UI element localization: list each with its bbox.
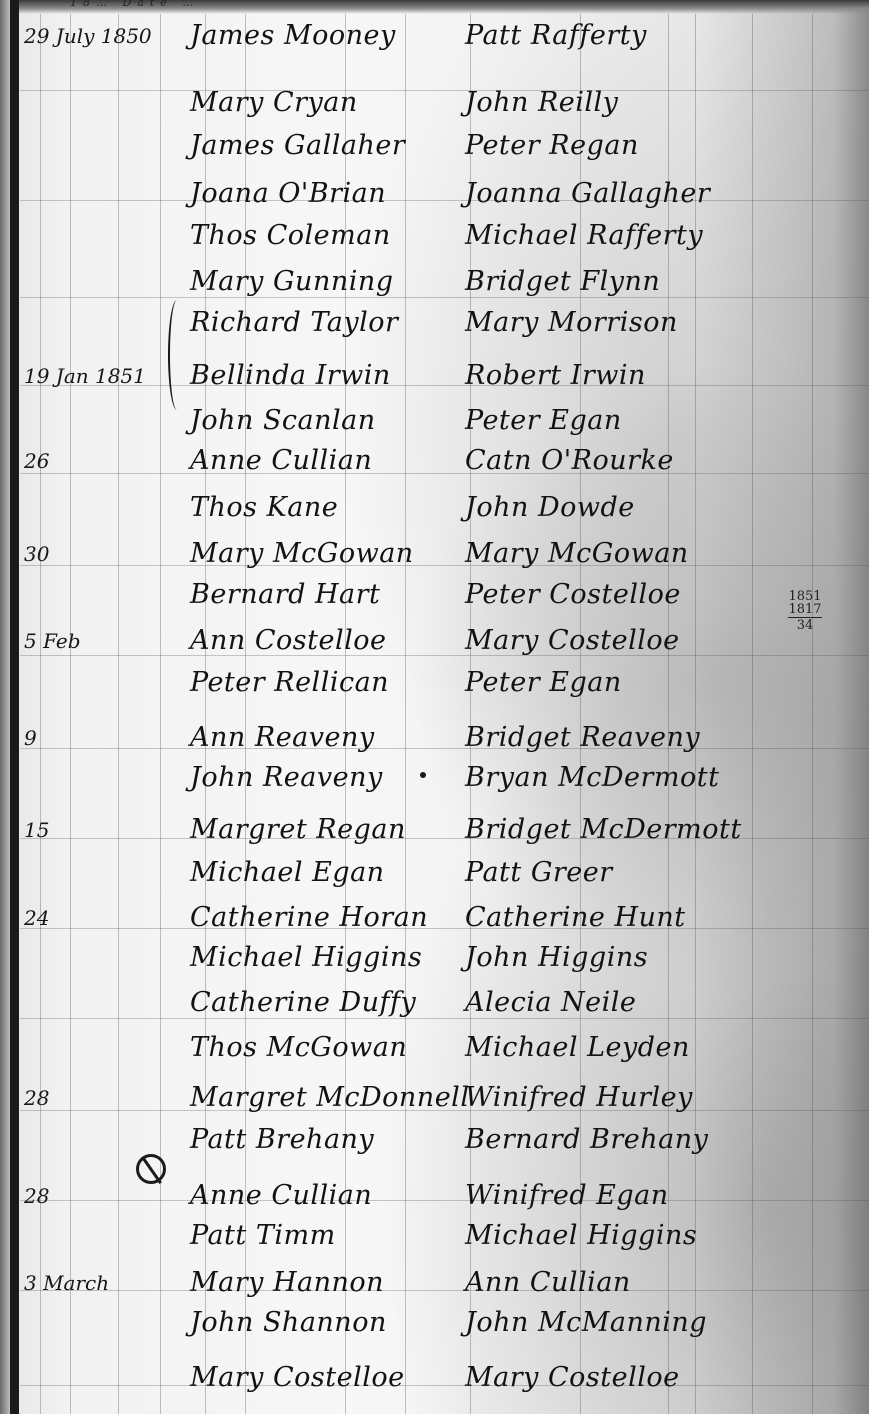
register-entry: James GallaherPeter Regan <box>0 128 869 168</box>
entry-sponsor: Mary Morrison <box>465 307 678 338</box>
entry-date: 3 March <box>24 1271 109 1295</box>
entry-sponsor: Robert Irwin <box>465 360 646 391</box>
entry-name: Peter Rellican <box>190 667 389 698</box>
register-entry: Bernard HartPeter Costelloe <box>0 577 869 617</box>
entry-date: 5 Feb <box>24 629 81 653</box>
entry-sponsor: Peter Regan <box>465 130 639 161</box>
entry-name: Bernard Hart <box>190 579 380 610</box>
entry-name: Margret McDonnell <box>190 1082 469 1113</box>
entry-sponsor: John Higgins <box>465 942 648 973</box>
entry-name: Joana O'Brian <box>190 178 386 209</box>
entry-name: Anne Cullian <box>190 1180 372 1211</box>
entry-date: 9 <box>24 726 37 750</box>
entry-sponsor: Bridget Reaveny <box>465 722 700 753</box>
register-entry: 19 Jan 1851Bellinda IrwinRobert Irwin <box>0 358 869 398</box>
entry-sponsor: Joanna Gallagher <box>465 178 710 209</box>
ledger-page: 18… Date … 1851 1817 34 29 July 1850Jame… <box>0 0 869 1414</box>
entry-sponsor: Catn O'Rourke <box>465 445 674 476</box>
entry-name: John Shannon <box>190 1307 387 1338</box>
register-entry: 15Margret ReganBridget McDermott <box>0 812 869 852</box>
entry-name: Mary McGowan <box>190 538 414 569</box>
entry-name: Michael Higgins <box>190 942 422 973</box>
entry-sponsor: Mary McGowan <box>465 538 689 569</box>
register-entry: Peter RellicanPeter Egan <box>0 665 869 705</box>
entry-sponsor: Bryan McDermott <box>465 762 719 793</box>
entry-name: Mary Costelloe <box>190 1362 405 1393</box>
register-entry: 9Ann ReavenyBridget Reaveny <box>0 720 869 760</box>
entry-name: Bellinda Irwin <box>190 360 391 391</box>
register-entry: 3 MarchMary HannonAnn Cullian <box>0 1265 869 1305</box>
register-entry: Catherine DuffyAlecia Neile <box>0 985 869 1025</box>
entry-name: Mary Cryan <box>190 87 358 118</box>
entry-name: Thos Coleman <box>190 220 391 251</box>
entry-name: Margret Regan <box>190 814 406 845</box>
register-entry: Patt BrehanyBernard Brehany <box>0 1122 869 1162</box>
entry-name: Patt Timm <box>190 1220 336 1251</box>
register-entry: Mary CostelloeMary Costelloe <box>0 1360 869 1400</box>
register-entry: Mary GunningBridget Flynn <box>0 264 869 304</box>
entry-sponsor: Mary Costelloe <box>465 625 680 656</box>
register-entry: 29 July 1850James MooneyPatt Rafferty <box>0 18 869 58</box>
register-entry: 30Mary McGowanMary McGowan <box>0 536 869 576</box>
entry-name: Mary Gunning <box>190 266 394 297</box>
entry-name: Richard Taylor <box>190 307 398 338</box>
entry-name: Thos McGowan <box>190 1032 407 1063</box>
entry-date: 28 <box>24 1184 49 1208</box>
register-entry: Richard TaylorMary Morrison <box>0 305 869 345</box>
entry-sponsor: Michael Rafferty <box>465 220 703 251</box>
entry-sponsor: Bernard Brehany <box>465 1124 708 1155</box>
entry-sponsor: Bridget Flynn <box>465 266 660 297</box>
entry-name: Ann Reaveny <box>190 722 375 753</box>
register-entry: Joana O'BrianJoanna Gallagher <box>0 176 869 216</box>
entry-sponsor: Ann Cullian <box>465 1267 631 1298</box>
entry-sponsor: John McManning <box>465 1307 707 1338</box>
register-entry: John ScanlanPeter Egan <box>0 403 869 443</box>
register-entry: John ReavenyBryan McDermott <box>0 760 869 800</box>
register-entry: Thos ColemanMichael Rafferty <box>0 218 869 258</box>
entry-sponsor: Patt Rafferty <box>465 20 647 51</box>
entry-sponsor: Michael Higgins <box>465 1220 697 1251</box>
entry-date: 19 Jan 1851 <box>24 364 146 388</box>
entry-date: 28 <box>24 1086 49 1110</box>
page-top-edge: 18… Date … <box>0 0 869 14</box>
entry-name: Anne Cullian <box>190 445 372 476</box>
entry-name: Catherine Duffy <box>190 987 416 1018</box>
entry-name: John Scanlan <box>190 405 376 436</box>
entry-sponsor: Catherine Hunt <box>465 902 686 933</box>
entry-sponsor: Bridget McDermott <box>465 814 742 845</box>
entry-sponsor: Patt Greer <box>465 857 613 888</box>
entry-name: Patt Brehany <box>190 1124 374 1155</box>
entry-date: 15 <box>24 818 49 842</box>
entry-name: Michael Egan <box>190 857 385 888</box>
entry-sponsor: Peter Egan <box>465 405 622 436</box>
entry-date: 29 July 1850 <box>24 24 152 48</box>
register-entry: John ShannonJohn McManning <box>0 1305 869 1345</box>
entry-sponsor: John Dowde <box>465 492 635 523</box>
entry-name: Thos Kane <box>190 492 338 523</box>
register-entry: Michael HigginsJohn Higgins <box>0 940 869 980</box>
register-entry: 24Catherine HoranCatherine Hunt <box>0 900 869 940</box>
entry-sponsor: Peter Costelloe <box>465 579 681 610</box>
register-entry: 26Anne CullianCatn O'Rourke <box>0 443 869 483</box>
entry-sponsor: Winifred Hurley <box>465 1082 693 1113</box>
register-entry: Thos KaneJohn Dowde <box>0 490 869 530</box>
entry-name: Ann Costelloe <box>190 625 386 656</box>
entry-name: James Mooney <box>190 20 396 51</box>
register-entry: 28Margret McDonnellWinifred Hurley <box>0 1080 869 1120</box>
entry-name: James Gallaher <box>190 130 405 161</box>
register-entry: 5 FebAnn CostelloeMary Costelloe <box>0 623 869 663</box>
entry-sponsor: Peter Egan <box>465 667 622 698</box>
entry-name: John Reaveny <box>190 762 383 793</box>
entry-sponsor: Michael Leyden <box>465 1032 690 1063</box>
register-entry: Mary CryanJohn Reilly <box>0 85 869 125</box>
top-edge-text: 18… Date … <box>70 0 199 9</box>
entry-name: Mary Hannon <box>190 1267 384 1298</box>
register-entry: Patt TimmMichael Higgins <box>0 1218 869 1258</box>
register-entry: Thos McGowanMichael Leyden <box>0 1030 869 1070</box>
entry-date: 26 <box>24 449 49 473</box>
register-entry: Michael EganPatt Greer <box>0 855 869 895</box>
entry-sponsor: Alecia Neile <box>465 987 636 1018</box>
entry-sponsor: John Reilly <box>465 87 618 118</box>
entry-sponsor: Mary Costelloe <box>465 1362 680 1393</box>
entry-name: Catherine Horan <box>190 902 428 933</box>
register-entry: 28Anne CullianWinifred Egan <box>0 1178 869 1218</box>
entry-date: 30 <box>24 542 49 566</box>
entry-sponsor: Winifred Egan <box>465 1180 669 1211</box>
entry-date: 24 <box>24 906 49 930</box>
